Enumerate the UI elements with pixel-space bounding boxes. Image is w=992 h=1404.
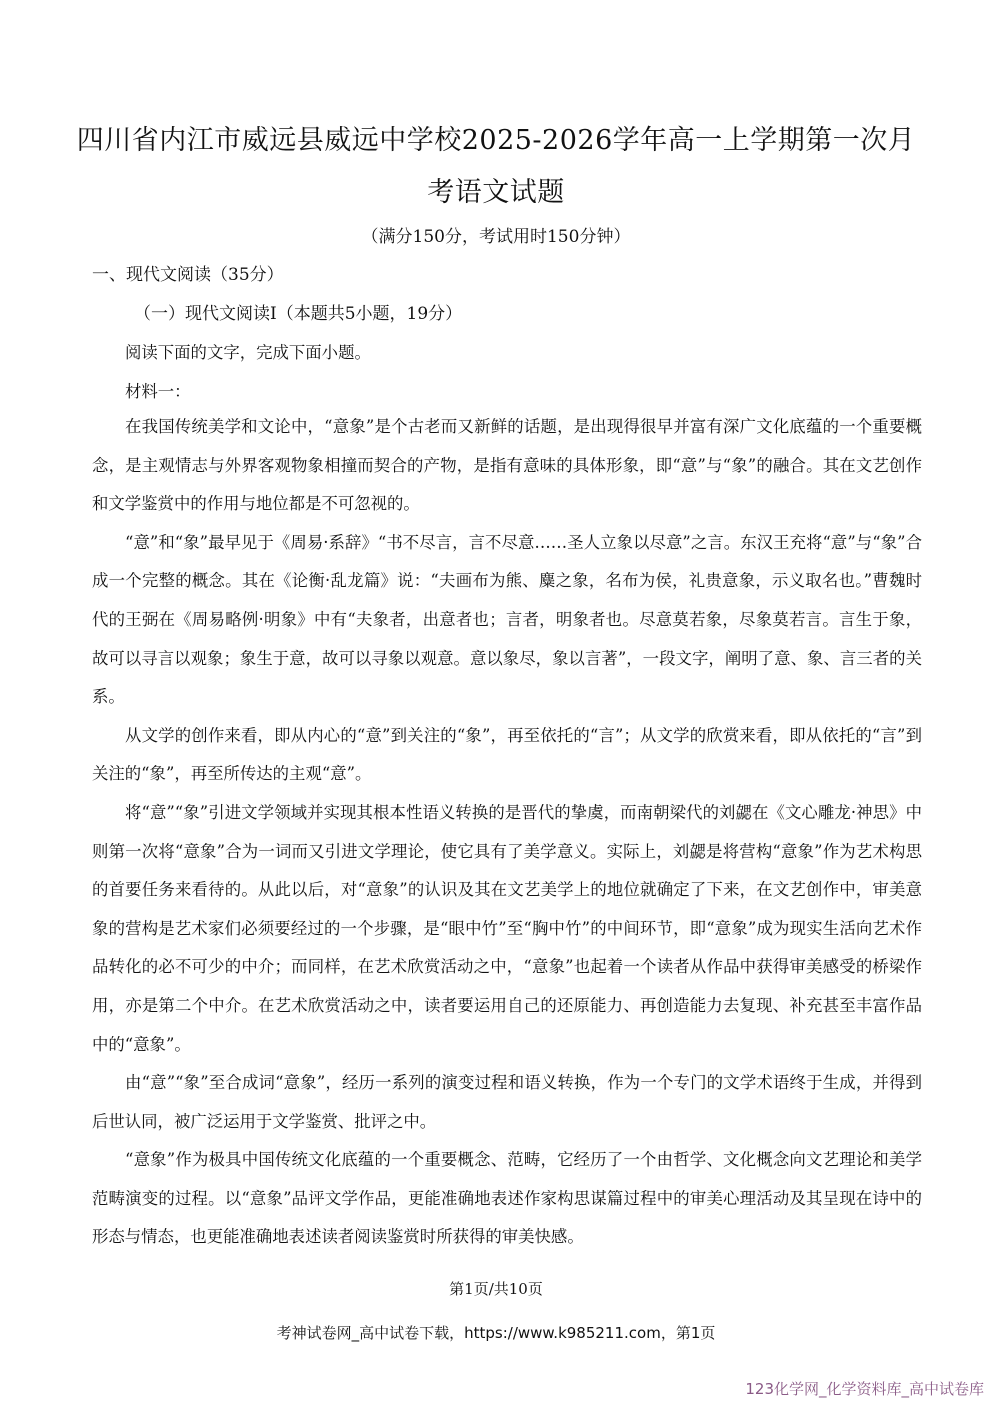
passage-body: 在我国传统美学和文论中，“意象”是个古老而又新鲜的话题，是出现得很早并富有深广文…	[92, 408, 922, 1257]
passage-paragraph-6: “意象”作为极具中国传统文化底蕴的一个重要概念、范畴，它经历了一个由哲学、文化概…	[92, 1141, 922, 1257]
subsection-heading: （一）现代文阅读Ⅰ（本题共5小题，19分）	[134, 299, 462, 324]
passage-paragraph-5: 由“意”“象”至合成词“意象”，经历一系列的演变过程和语义转换，作为一个专门的文…	[92, 1064, 922, 1141]
material-label: 材料一：	[125, 378, 191, 402]
passage-paragraph-1: 在我国传统美学和文论中，“意象”是个古老而又新鲜的话题，是出现得很早并富有深广文…	[92, 408, 922, 524]
exam-info-subtitle: （满分150分，考试用时150分钟）	[0, 222, 992, 247]
document-title-line-2: 考语文试题	[0, 170, 992, 209]
passage-paragraph-2: “意”和“象”最早见于《周易·系辞》“书不尽言，言不尽意……圣人立象以尽意”之言…	[92, 524, 922, 717]
page-indicator: 第1页/共10页	[0, 1278, 992, 1299]
watermark-text: 123化学网_化学资料库_高中试卷库	[745, 1378, 984, 1399]
document-title-line-1: 四川省内江市威远县威远中学校2025-2026学年高一上学期第一次月	[0, 118, 992, 157]
section-heading: 一、现代文阅读（35分）	[92, 260, 284, 285]
document-page: 四川省内江市威远县威远中学校2025-2026学年高一上学期第一次月 考语文试题…	[0, 0, 992, 1404]
passage-paragraph-3: 从文学的创作来看，即从内心的“意”到关注的“象”，再至依托的“言”；从文学的欣赏…	[92, 717, 922, 794]
reading-instruction: 阅读下面的文字，完成下面小题。	[125, 339, 371, 363]
passage-paragraph-4: 将“意”“象”引进文学领域并实现其根本性语义转换的是晋代的挚虞，而南朝梁代的刘勰…	[92, 794, 922, 1064]
source-footer: 考神试卷网_高中试卷下载，https://www.k985211.com，第1页	[0, 1322, 992, 1343]
